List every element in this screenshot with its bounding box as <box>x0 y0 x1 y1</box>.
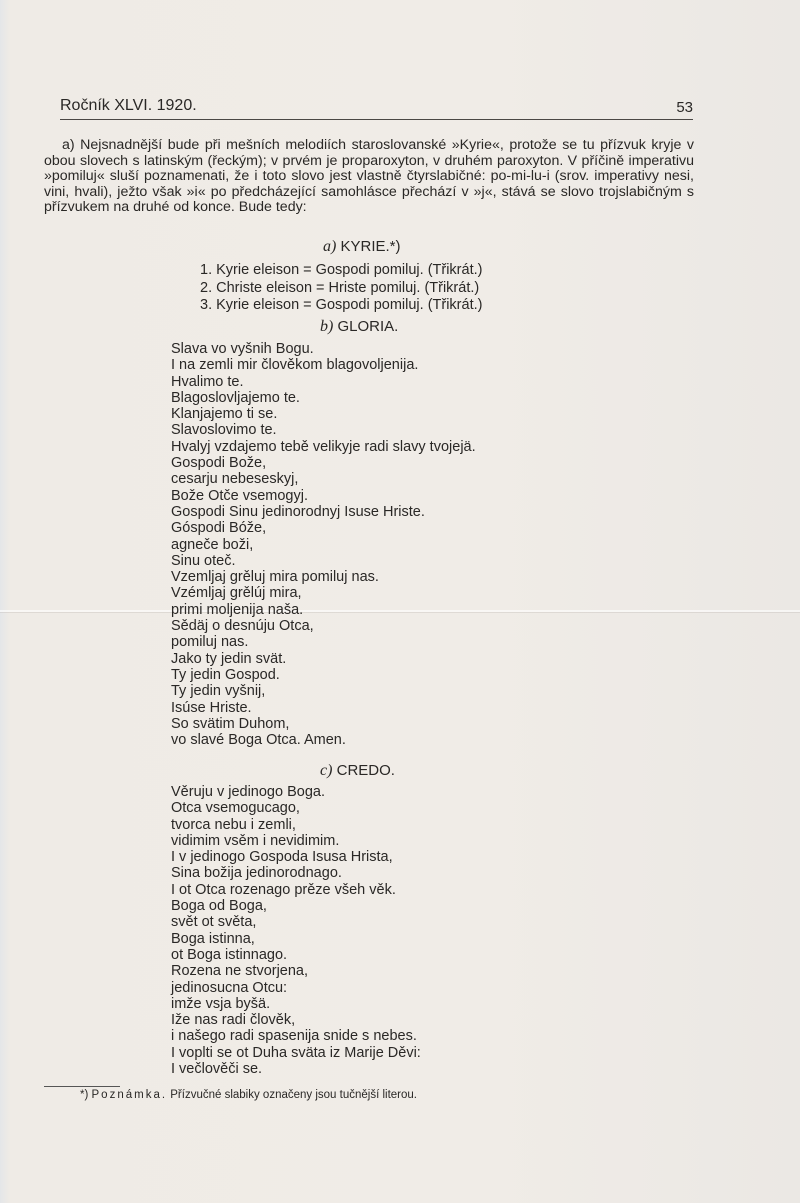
verse-line: Sinu oteč. <box>171 553 476 569</box>
kyrie-line: 1. Kyrie eleison = Gospodi pomiluj. (Tři… <box>200 262 482 280</box>
footnote-text: Přízvučné slabiky označeny jsou tučnější… <box>170 1089 417 1101</box>
verse-line: vo slavé Boga Otca. Amen. <box>171 732 476 748</box>
verse-line: Otca vsemogucago, <box>171 800 421 816</box>
section-name: KYRIE.*) <box>341 238 401 255</box>
verse-line: Klanjajemo ti se. <box>171 406 476 422</box>
verse-line: pomiluj nas. <box>171 634 476 650</box>
scanned-page: Ročník XLVI. 1920. 53 a) Nejsnadnější bu… <box>0 0 800 1203</box>
verse-line: Sina božija jedinorodnago. <box>171 865 421 881</box>
verse-line: So svätim Duhom, <box>171 716 476 732</box>
running-header: Ročník XLVI. 1920. 53 <box>60 95 693 120</box>
section-name: CREDO. <box>337 762 395 779</box>
verse-line: I večlověči se. <box>171 1061 421 1077</box>
verse-line: Boga istinna, <box>171 931 421 947</box>
page-number: 53 <box>676 99 693 116</box>
verse-line: Hvalimo te. <box>171 374 476 390</box>
verse-line: ot Boga istinnago. <box>171 947 421 963</box>
verse-line: i našego radi spasenija snide s nebes. <box>171 1028 421 1044</box>
verse-line: I v jedinogo Gospoda Isusa Hrista, <box>171 849 421 865</box>
verse-line: I ot Otca rozenago prěze všeh věk. <box>171 882 421 898</box>
verse-line: jedinosucna Otcu: <box>171 980 421 996</box>
intro-text: a) Nejsnadnější bude při mešních melodií… <box>44 138 694 216</box>
section-title-kyrie: a) KYRIE.*) <box>323 238 401 256</box>
footnote: *) Poznámka. Přízvučné slabiky označeny … <box>80 1089 417 1101</box>
verse-line: Gospodi Bože, <box>171 455 476 471</box>
verse-line: imže vsja byšä. <box>171 996 421 1012</box>
verse-line: Gospodi Sinu jedinorodnyj Isuse Hriste. <box>171 504 476 520</box>
verse-line: Rozena ne stvorjena, <box>171 963 421 979</box>
verse-line: svět ot světa, <box>171 914 421 930</box>
kyrie-lines: 1. Kyrie eleison = Gospodi pomiluj. (Tři… <box>200 262 482 315</box>
kyrie-line: 3. Kyrie eleison = Gospodi pomiluj. (Tři… <box>200 297 482 315</box>
section-title-credo: c) CREDO. <box>320 762 395 780</box>
footnote-marker: *) <box>80 1089 88 1101</box>
verse-line: Věruju v jedinogo Boga. <box>171 784 421 800</box>
footnote-rule <box>44 1086 120 1087</box>
running-title: Ročník XLVI. 1920. <box>60 97 197 115</box>
verse-line: Iže nas radi člověk, <box>171 1012 421 1028</box>
verse-line: agneče boži, <box>171 537 476 553</box>
verse-line: Blagoslovljajemo te. <box>171 390 476 406</box>
verse-line: Hvalyj vzdajemo tebě velikyje radi slavy… <box>171 439 476 455</box>
verse-line: cesarju nebeseskyj, <box>171 471 476 487</box>
verse-line: I na zemli mir člověkom blagovoljenija. <box>171 357 476 373</box>
verse-line: Sědäj o desnúju Otca, <box>171 618 476 634</box>
verse-line: Slava vo vyšnih Bogu. <box>171 341 476 357</box>
gloria-text: Slava vo vyšnih Bogu.I na zemli mir člov… <box>171 341 476 748</box>
verse-line: Bože Otče vsemogyj. <box>171 488 476 504</box>
verse-line: Boga od Boga, <box>171 898 421 914</box>
credo-text: Věruju v jedinogo Boga.Otca vsemogucago,… <box>171 784 421 1077</box>
verse-line: Vzémljaj grělúj mira, <box>171 585 476 601</box>
verse-line: Isúse Hriste. <box>171 700 476 716</box>
intro-paragraph: a) Nejsnadnější bude při mešních melodií… <box>44 138 694 216</box>
verse-line: Góspodi Bóže, <box>171 520 476 536</box>
verse-line: Ty jedin Gospod. <box>171 667 476 683</box>
section-letter: c) <box>320 762 332 779</box>
section-letter: a) <box>323 238 336 255</box>
footnote-label: Poznámka. <box>92 1089 168 1101</box>
verse-line: Slavoslovimo te. <box>171 422 476 438</box>
section-title-gloria: b) GLORIA. <box>320 318 398 336</box>
verse-line: Ty jedin vyšnij, <box>171 683 476 699</box>
section-name: GLORIA. <box>338 318 399 335</box>
verse-line: Jako ty jedin svät. <box>171 651 476 667</box>
kyrie-line: 2. Christe eleison = Hriste pomiluj. (Tř… <box>200 280 482 298</box>
verse-line: tvorca nebu i zemli, <box>171 817 421 833</box>
verse-line: I voplti se ot Duha sväta iz Marije Děvi… <box>171 1045 421 1061</box>
section-letter: b) <box>320 318 333 335</box>
verse-line: primi moljenija naša. <box>171 602 476 618</box>
verse-line: vidimim vsěm i nevidimim. <box>171 833 421 849</box>
verse-line: Vzemljaj grěluj mira pomiluj nas. <box>171 569 476 585</box>
